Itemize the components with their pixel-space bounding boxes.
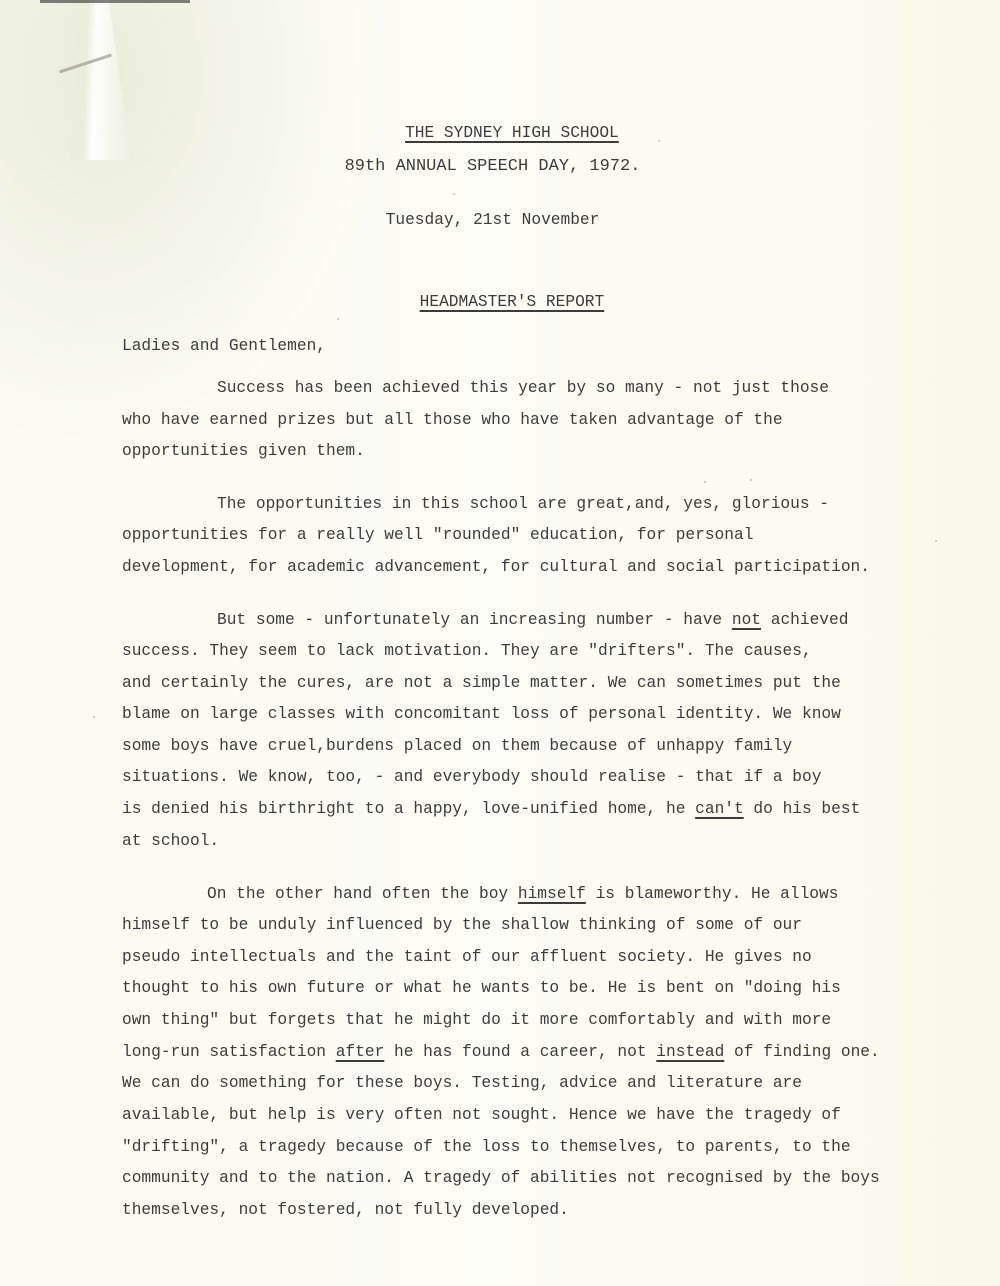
ink-speck [704,481,706,483]
paragraph-4-line-8: available, but help is very often not so… [122,1105,841,1125]
paragraph-4-line-1: On the other hand often the boy himself … [207,884,838,904]
text-run: is blameworthy. He allows [586,885,839,903]
text-run: achieved [761,611,848,629]
report-title: HEADMASTER'S REPORT [0,272,985,332]
ink-speck [658,140,660,142]
paragraph-4-line-7: We can do something for these boys. Test… [122,1073,802,1093]
paragraph-4-line-9: "drifting", a tragedy because of the los… [122,1137,851,1157]
ink-speck [93,716,95,718]
paragraph-4-line-6: long-run satisfaction after he has found… [122,1042,880,1062]
ink-speck [935,540,937,542]
paragraph-3-line-4: blame on large classes with concomitant … [122,704,841,724]
emphasis-himself: himself [518,885,586,903]
paragraph-4-line-5: own thing" but forgets that he might do … [122,1010,831,1030]
ink-speck [750,479,752,481]
emphasis-instead: instead [656,1043,724,1061]
paragraph-4-line-3: pseudo intellectuals and the taint of ou… [122,947,812,967]
paragraph-3-line-3: and certainly the cures, are not a simpl… [122,673,841,693]
paragraph-3-line-2: success. They seem to lack motivation. T… [122,641,812,661]
page-edge-shadow [40,0,190,3]
school-name: THE SYDNEY HIGH SCHOOL [0,103,985,163]
paragraph-2-line-1: The opportunities in this school are gre… [217,494,829,514]
paragraph-1-line-3: opportunities given them. [122,441,365,461]
event-title: 89th ANNUAL SPEECH DAY, 1972. [0,157,985,177]
salutation: Ladies and Gentlemen, [122,336,326,356]
text-run: long-run satisfaction [122,1043,336,1061]
paragraph-4-line-11: themselves, not fostered, not fully deve… [122,1200,569,1220]
event-date: Tuesday, 21st November [0,210,985,230]
paragraph-4-line-10: community and to the nation. A tragedy o… [122,1168,880,1188]
paragraph-3-line-7: is denied his birthright to a happy, lov… [122,799,860,819]
paragraph-3-line-8: at school. [122,831,219,851]
paragraph-4-line-2: himself to be unduly influenced by the s… [122,915,802,935]
paragraph-3-line-1: But some - unfortunately an increasing n… [217,610,848,630]
text-run: On the other hand often the boy [207,885,518,903]
emphasis-cant: can't [695,800,744,818]
paragraph-2-line-2: opportunities for a really well "rounded… [122,525,753,545]
paragraph-4-line-4: thought to his own future or what he wan… [122,978,841,998]
paragraph-3-line-6: situations. We know, too, - and everybod… [122,767,821,787]
paragraph-1-line-2: who have earned prizes but all those who… [122,410,783,430]
document-page: THE SYDNEY HIGH SCHOOL 89th ANNUAL SPEEC… [0,0,1000,1286]
paragraph-2-line-3: development, for academic advancement, f… [122,557,870,577]
paragraph-3-line-5: some boys have cruel,burdens placed on t… [122,736,792,756]
emphasis-not: not [732,611,761,629]
ink-speck [337,318,339,320]
paragraph-1-line-1: Success has been achieved this year by s… [217,378,829,398]
report-title-text: HEADMASTER'S REPORT [420,293,605,311]
ink-speck [453,193,455,195]
text-run: he has found a career, not [384,1043,656,1061]
text-run: do his best [744,800,861,818]
text-run: is denied his birthright to a happy, lov… [122,800,695,818]
text-run: But some - unfortunately an increasing n… [217,611,732,629]
emphasis-after: after [336,1043,385,1061]
text-run: of finding one. [724,1043,879,1061]
school-name-text: THE SYDNEY HIGH SCHOOL [405,124,619,142]
